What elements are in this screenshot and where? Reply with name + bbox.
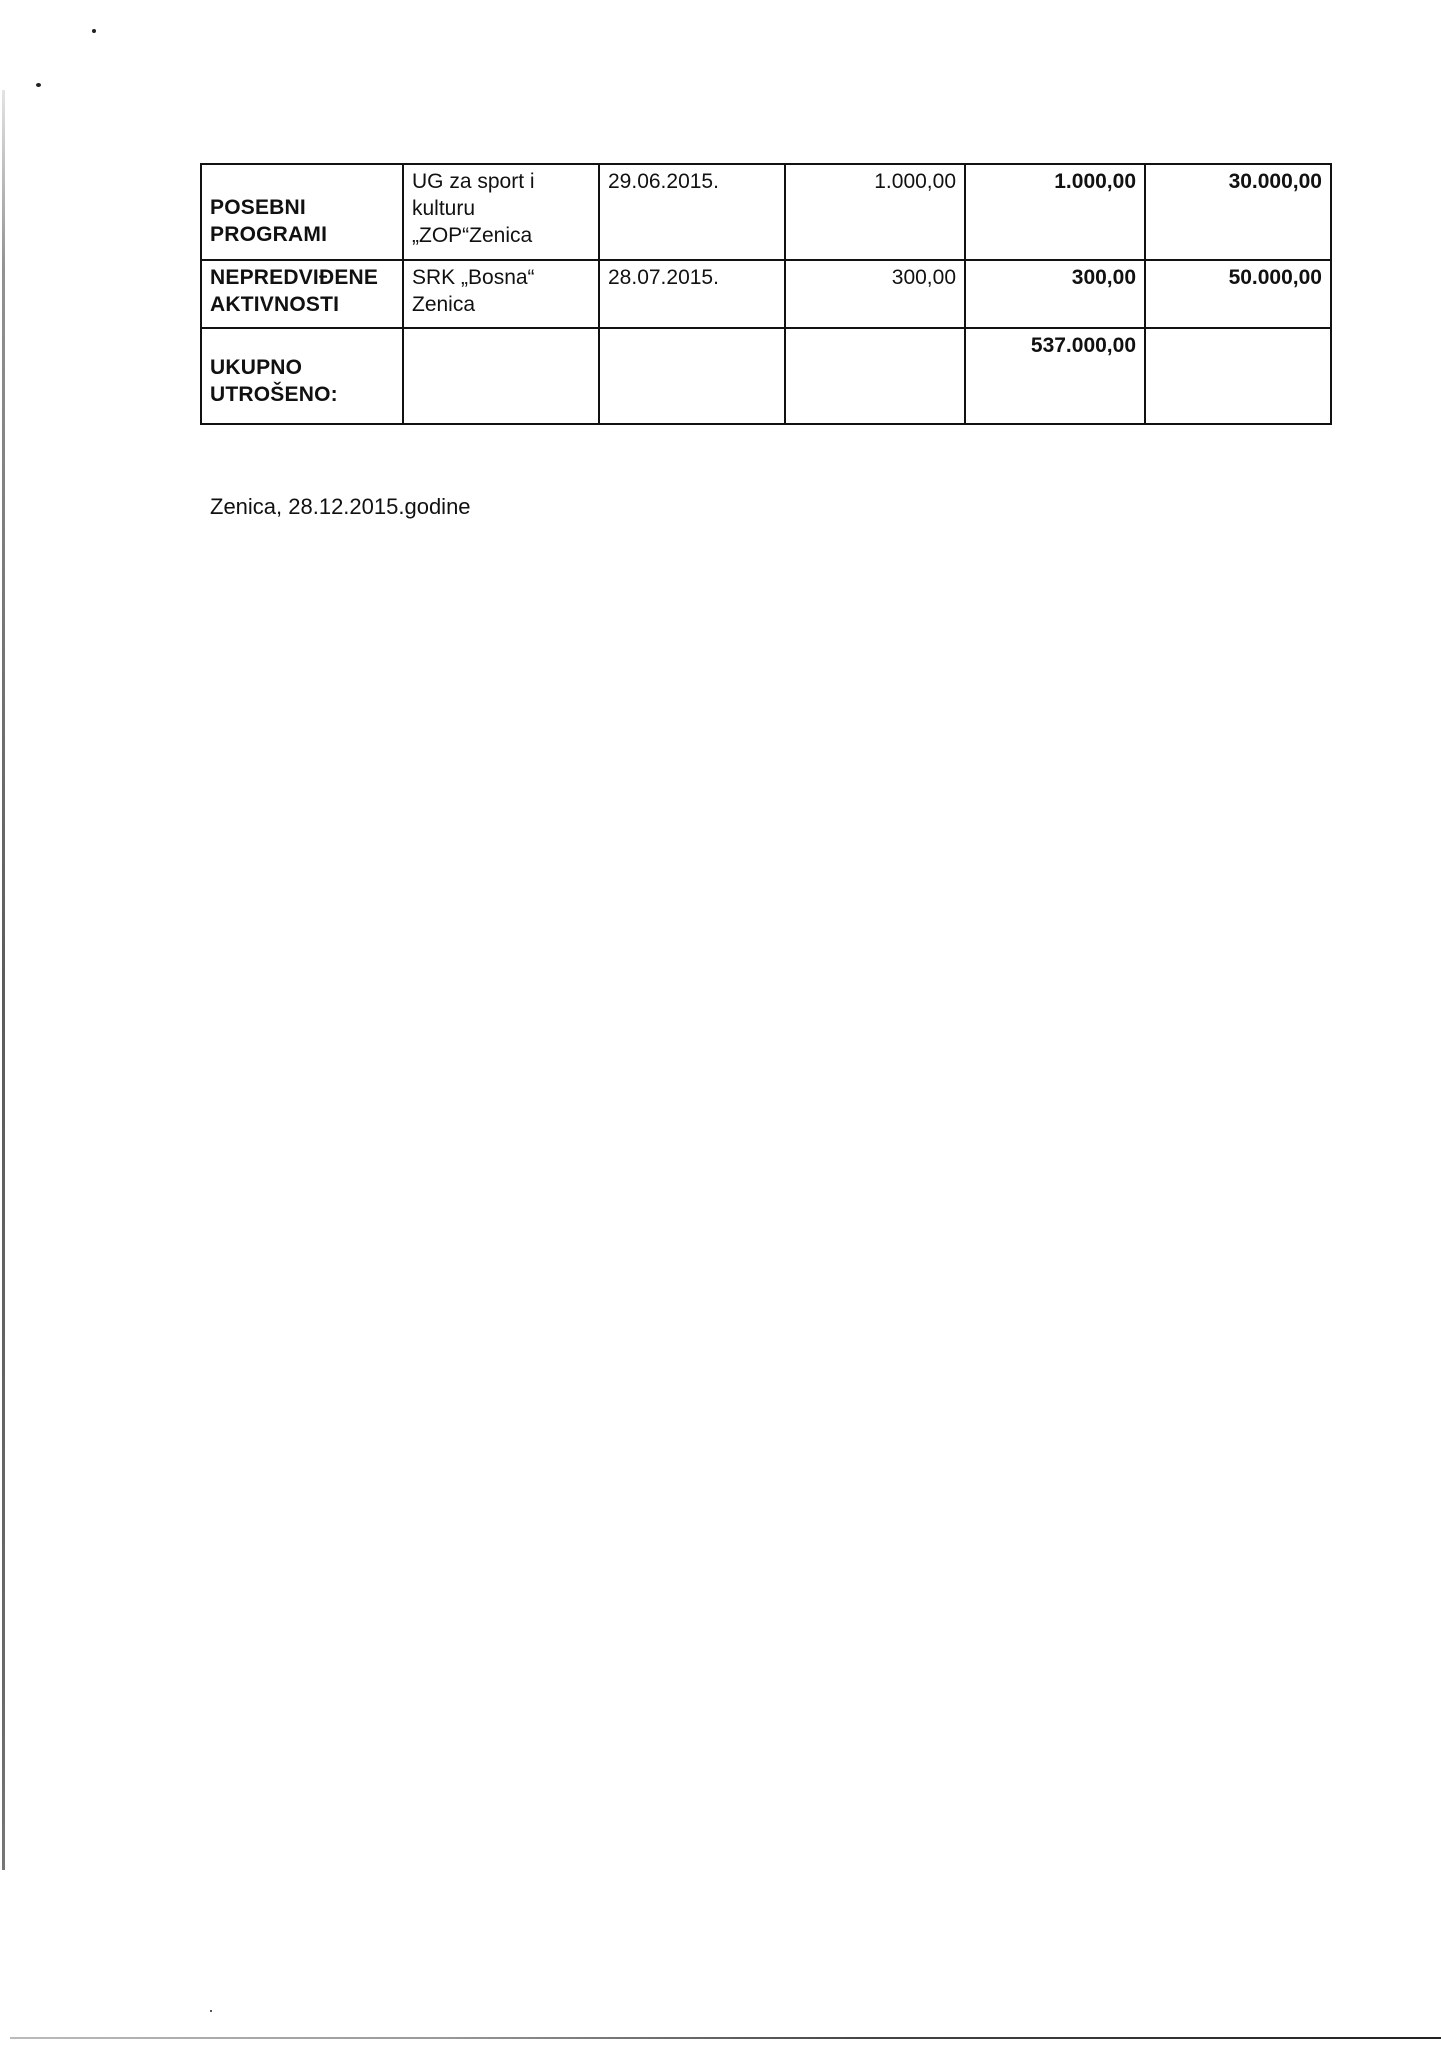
category-text: NEPREDVIĐENE: [210, 265, 394, 292]
total-label-text: UTROŠENO:: [210, 382, 394, 409]
scan-speck: [92, 29, 96, 33]
recipient-cell: SRK „Bosna“ Zenica: [403, 260, 599, 328]
category-cell: POSEBNI PROGRAMI: [201, 164, 403, 260]
scan-edge-artifact: [2, 90, 5, 1870]
recipient-text: SRK „Bosna“: [412, 265, 590, 292]
amount-cell: 1.000,00: [785, 164, 965, 260]
table-row: NEPREDVIĐENE AKTIVNOSTI SRK „Bosna“ Zeni…: [201, 260, 1331, 328]
scan-bottom-rule: [10, 2037, 1441, 2039]
empty-cell: [785, 328, 965, 424]
total-value-cell: 537.000,00: [965, 328, 1145, 424]
recipient-text: UG za sport i: [412, 169, 590, 196]
budget-cell: 30.000,00: [1145, 164, 1331, 260]
empty-cell: [1145, 328, 1331, 424]
date-cell: 29.06.2015.: [599, 164, 785, 260]
category-text: PROGRAMI: [210, 222, 394, 249]
recipient-text: Zenica: [412, 292, 590, 319]
date-cell: 28.07.2015.: [599, 260, 785, 328]
expenditure-table: POSEBNI PROGRAMI UG za sport i kulturu „…: [200, 163, 1332, 425]
budget-cell: 50.000,00: [1145, 260, 1331, 328]
paid-cell: 1.000,00: [965, 164, 1145, 260]
place-and-date: Zenica, 28.12.2015.godine: [210, 494, 471, 520]
recipient-text: „ZOP“Zenica: [412, 223, 590, 250]
category-text: AKTIVNOSTI: [210, 292, 394, 319]
recipient-text: kulturu: [412, 196, 590, 223]
recipient-cell: UG za sport i kulturu „ZOP“Zenica: [403, 164, 599, 260]
scan-speck: [210, 2010, 212, 2012]
total-label-text: UKUPNO: [210, 355, 394, 382]
paid-cell: 300,00: [965, 260, 1145, 328]
table-row: POSEBNI PROGRAMI UG za sport i kulturu „…: [201, 164, 1331, 260]
category-cell: NEPREDVIĐENE AKTIVNOSTI: [201, 260, 403, 328]
amount-cell: 300,00: [785, 260, 965, 328]
empty-cell: [403, 328, 599, 424]
empty-cell: [599, 328, 785, 424]
total-label-cell: UKUPNO UTROŠENO:: [201, 328, 403, 424]
scan-speck: [36, 83, 41, 87]
category-text: POSEBNI: [210, 195, 394, 222]
total-row: UKUPNO UTROŠENO: 537.000,00: [201, 328, 1331, 424]
